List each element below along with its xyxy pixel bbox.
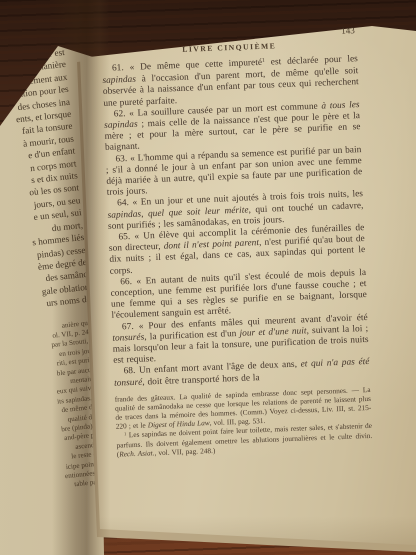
- footnote-section: frande des gâteaux. La qualité de sapind…: [115, 385, 373, 459]
- text-run: est déclarée pour les: [265, 54, 358, 68]
- italic-text: Rech. Asiat.: [119, 448, 155, 458]
- page-content: LIVRE CINQUIÈME 143 61. « De même que ce…: [101, 32, 373, 458]
- page-number: 143: [341, 25, 355, 36]
- italic-text: sapindas: [107, 209, 141, 220]
- italic-text: sapindas: [102, 75, 136, 86]
- body-text: 61. « De même que cette impureté1 est dé…: [102, 54, 370, 389]
- book-photo: s'en abstenir est, de la manièrerelative…: [0, 0, 416, 555]
- chapter-title: LIVRE CINQUIÈME: [101, 38, 357, 57]
- footnote-marker: 1: [262, 58, 265, 64]
- italic-text: tonsurés: [112, 332, 144, 343]
